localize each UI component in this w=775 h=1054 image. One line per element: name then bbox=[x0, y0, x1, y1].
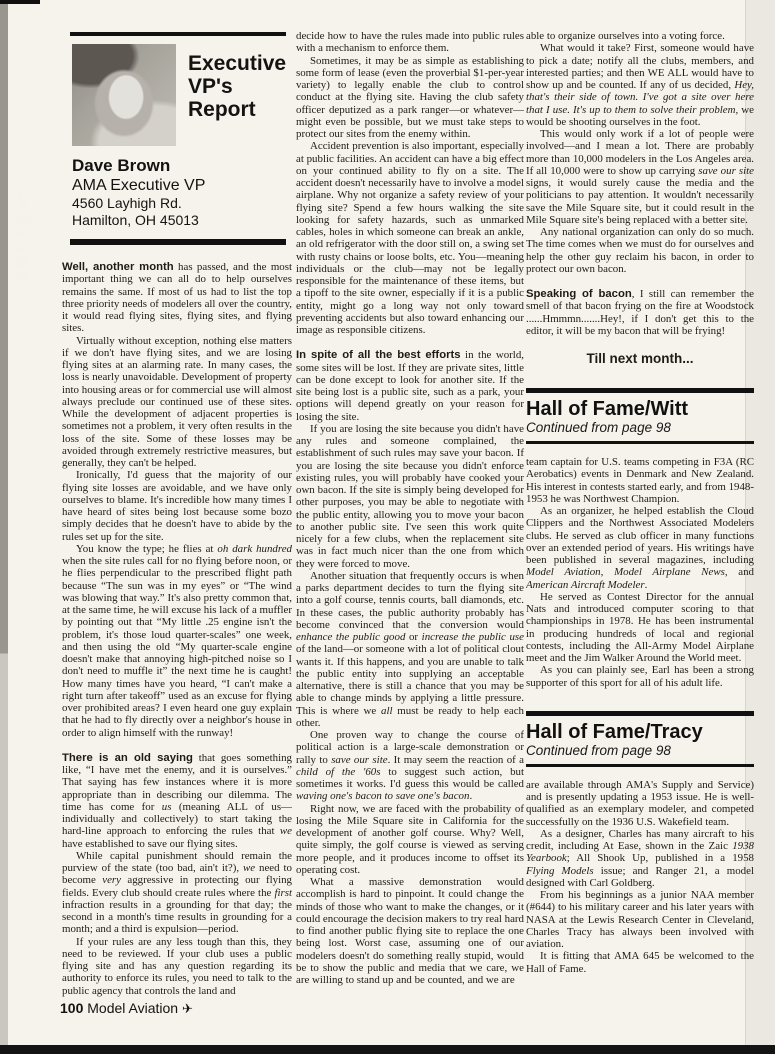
paragraph: Speaking of bacon, I still can remember … bbox=[526, 288, 754, 337]
paragraph: What would it take? First, someone would… bbox=[526, 42, 754, 128]
text-run: . bbox=[645, 579, 648, 591]
text-run: infraction results in a grounding for th… bbox=[62, 899, 292, 936]
paragraph: Virtually without exception, nothing els… bbox=[62, 335, 292, 470]
text-run: American Aircraft Modeler bbox=[526, 579, 645, 591]
column-1: Executive VP's Report Dave Brown AMA Exe… bbox=[62, 26, 292, 1008]
author-role: AMA Executive VP bbox=[72, 176, 292, 195]
paragraph: Right now, we are faced with the probabi… bbox=[296, 803, 524, 877]
text-run: You know the type; he flies at bbox=[76, 543, 217, 555]
column-2-text: decide how to have the rules made into p… bbox=[296, 30, 524, 986]
paragraph: Ironically, I'd guess that the majority … bbox=[62, 469, 292, 543]
text-run: As you can plainly see, Earl has been a … bbox=[526, 664, 754, 688]
article-header: Executive VP's Report Dave Brown AMA Exe… bbox=[62, 32, 292, 261]
text-run: Another situation that frequently occurs… bbox=[296, 570, 524, 631]
text-run: all bbox=[381, 705, 393, 717]
section-title: Hall of Fame/Witt bbox=[526, 398, 754, 420]
text-run: , bbox=[601, 566, 614, 578]
text-run: increase the public use bbox=[422, 631, 524, 643]
text-run: Virtually without exception, nothing els… bbox=[62, 335, 292, 470]
text-run: . bbox=[469, 790, 472, 802]
text-run: Right now, we are faced with the probabi… bbox=[296, 803, 524, 876]
text-run: As a designer, Charles has many aircraft… bbox=[526, 828, 754, 852]
magazine-title: Model Aviation bbox=[87, 1000, 178, 1016]
scan-border-bottom bbox=[0, 1045, 775, 1054]
paragraph: It is fitting that AMA 645 be welcomed t… bbox=[526, 950, 754, 975]
text-run: enhance the public good bbox=[296, 631, 405, 643]
text-run: If you are losing the site because you d… bbox=[296, 423, 524, 570]
text-run: when the site rules call for no flying b… bbox=[62, 555, 292, 739]
text-run: . It may seem the reaction of a bbox=[388, 754, 524, 766]
text-run: we bbox=[280, 825, 292, 837]
text-run: Sometimes, it may be as simple as establ… bbox=[296, 55, 524, 141]
text-run: us bbox=[162, 801, 172, 813]
section-tab-ama-news: AMA NEWS bbox=[8, 160, 39, 306]
page-number: 100 bbox=[60, 1000, 83, 1016]
paragraph: Any national organization can only do so… bbox=[526, 226, 754, 275]
text-run: save our site bbox=[331, 754, 387, 766]
paragraph: are available through AMA's Supply and S… bbox=[526, 779, 754, 828]
text-run: He served as Contest Director for the an… bbox=[526, 591, 754, 664]
paragraph: able to organize ourselves into a voting… bbox=[526, 30, 754, 42]
text-run: very bbox=[102, 874, 121, 886]
text-run: save our site bbox=[698, 165, 754, 177]
paragraph-lead-in: In spite of all the best efforts bbox=[296, 349, 461, 361]
author-portrait-photo bbox=[72, 44, 176, 146]
section-continued-note: Continued from page 98 bbox=[526, 743, 754, 759]
text-run: From his beginnings as a junior NAA memb… bbox=[526, 889, 754, 950]
text-run: Flying Models bbox=[526, 865, 594, 877]
text-run: decide how to have the rules made into p… bbox=[296, 30, 524, 54]
text-run: first bbox=[274, 887, 292, 899]
section-rule-top bbox=[526, 388, 754, 393]
text-run: Model Airplane News bbox=[614, 566, 725, 578]
text-run: It is fitting that AMA 645 be welcomed t… bbox=[526, 950, 754, 974]
paragraph: From his beginnings as a junior NAA memb… bbox=[526, 889, 754, 950]
paragraph: Another situation that frequently occurs… bbox=[296, 570, 524, 729]
article-title: Executive VP's Report bbox=[188, 52, 292, 146]
text-run: Any national organization can only do so… bbox=[526, 226, 754, 275]
header-rule-top bbox=[70, 32, 286, 36]
paragraph: While capital punishment should remain t… bbox=[62, 850, 292, 936]
paragraph: As an organizer, he helped establish the… bbox=[526, 505, 754, 591]
paragraph-lead-in: Speaking of bacon bbox=[526, 288, 632, 300]
section-heading: Hall of Fame/TracyContinued from page 98 bbox=[526, 711, 754, 767]
column-3: able to organize ourselves into a voting… bbox=[526, 30, 754, 1034]
text-run: we bbox=[243, 862, 255, 874]
text-run: are available through AMA's Supply and S… bbox=[526, 779, 754, 828]
text-run: What a massive demonstration would accom… bbox=[296, 876, 524, 986]
paragraph: This would only work if a lot of people … bbox=[526, 128, 754, 226]
section-rule-top bbox=[526, 711, 754, 716]
paragraph: As you can plainly see, Earl has been a … bbox=[526, 664, 754, 689]
text-run: Ironically, I'd guess that the majority … bbox=[62, 469, 292, 542]
text-run: ; All Shook Up, published in a 1958 bbox=[567, 852, 754, 864]
text-run: able to organize ourselves into a voting… bbox=[526, 30, 725, 42]
paragraph: As a designer, Charles has many aircraft… bbox=[526, 828, 754, 889]
text-run: signs, it would surely cause the media a… bbox=[526, 177, 754, 226]
paragraph: What a massive demonstration would accom… bbox=[296, 876, 524, 986]
paragraph: decide how to have the rules made into p… bbox=[296, 30, 524, 55]
column-2: decide how to have the rules made into p… bbox=[296, 30, 524, 1034]
article-title-line2: VP's Report bbox=[188, 75, 292, 121]
author-address-line2: Hamilton, OH 45013 bbox=[72, 212, 292, 229]
column-1-text: Well, another month has passed, and the … bbox=[62, 261, 292, 997]
paragraph: If you are losing the site because you d… bbox=[296, 423, 524, 570]
text-run: child of the '60s bbox=[296, 766, 381, 778]
page-footer: 100 Model Aviation ✈ bbox=[60, 1000, 193, 1017]
airplane-icon: ✈ bbox=[182, 1001, 193, 1016]
section-continued-note: Continued from page 98 bbox=[526, 420, 754, 436]
paragraph: Sometimes, it may be as simple as establ… bbox=[296, 55, 524, 141]
paragraph: In spite of all the best efforts in the … bbox=[296, 349, 524, 423]
section-tab-label: AMA NEWS bbox=[15, 186, 32, 281]
text-run: As an organizer, he helped establish the… bbox=[526, 505, 754, 566]
scan-border-left bbox=[0, 0, 8, 1054]
paragraph-lead-in: There is an old saying bbox=[62, 752, 193, 764]
article-title-line1: Executive bbox=[188, 52, 292, 75]
section-rule-bottom bbox=[526, 764, 754, 767]
section-rule-bottom bbox=[526, 441, 754, 444]
author-name: Dave Brown bbox=[72, 156, 292, 176]
section-heading: Hall of Fame/WittContinued from page 98 bbox=[526, 388, 754, 444]
text-run: team captain for U.S. teams competing in… bbox=[526, 456, 754, 505]
text-run: oh dark hundred bbox=[217, 543, 292, 555]
paragraph: Well, another month has passed, and the … bbox=[62, 261, 292, 335]
paragraph: He served as Contest Director for the an… bbox=[526, 591, 754, 665]
text-run: , and bbox=[725, 566, 754, 578]
column-3-text: able to organize ourselves into a voting… bbox=[526, 30, 754, 975]
author-block: Dave Brown AMA Executive VP 4560 Layhigh… bbox=[72, 156, 292, 229]
paragraph-lead-in: Well, another month bbox=[62, 261, 174, 273]
sign-off-line: Till next month... bbox=[526, 351, 754, 366]
paragraph: You know the type; he flies at oh dark h… bbox=[62, 543, 292, 739]
paragraph: Accident prevention is also important, e… bbox=[296, 140, 524, 336]
paragraph: There is an old saying that goes somethi… bbox=[62, 752, 292, 850]
paragraph: If your rules are any less tough than th… bbox=[62, 936, 292, 997]
text-run: Model Aviation bbox=[526, 566, 601, 578]
text-run: If your rules are any less tough than th… bbox=[62, 936, 292, 997]
section-title: Hall of Fame/Tracy bbox=[526, 721, 754, 743]
author-address-line1: 4560 Layhigh Rd. bbox=[72, 195, 292, 212]
text-run: Accident prevention is also important, e… bbox=[296, 140, 524, 336]
scan-corner-mark bbox=[0, 0, 40, 4]
text-run: What would it take? First, someone would… bbox=[526, 42, 754, 91]
text-run: waving one's bacon to save one's bacon bbox=[296, 790, 469, 802]
text-run: or bbox=[405, 631, 421, 643]
text-run: have established to save our flying site… bbox=[62, 838, 238, 850]
paragraph: One proven way to change the course of p… bbox=[296, 729, 524, 803]
paragraph: team captain for U.S. teams competing in… bbox=[526, 456, 754, 505]
